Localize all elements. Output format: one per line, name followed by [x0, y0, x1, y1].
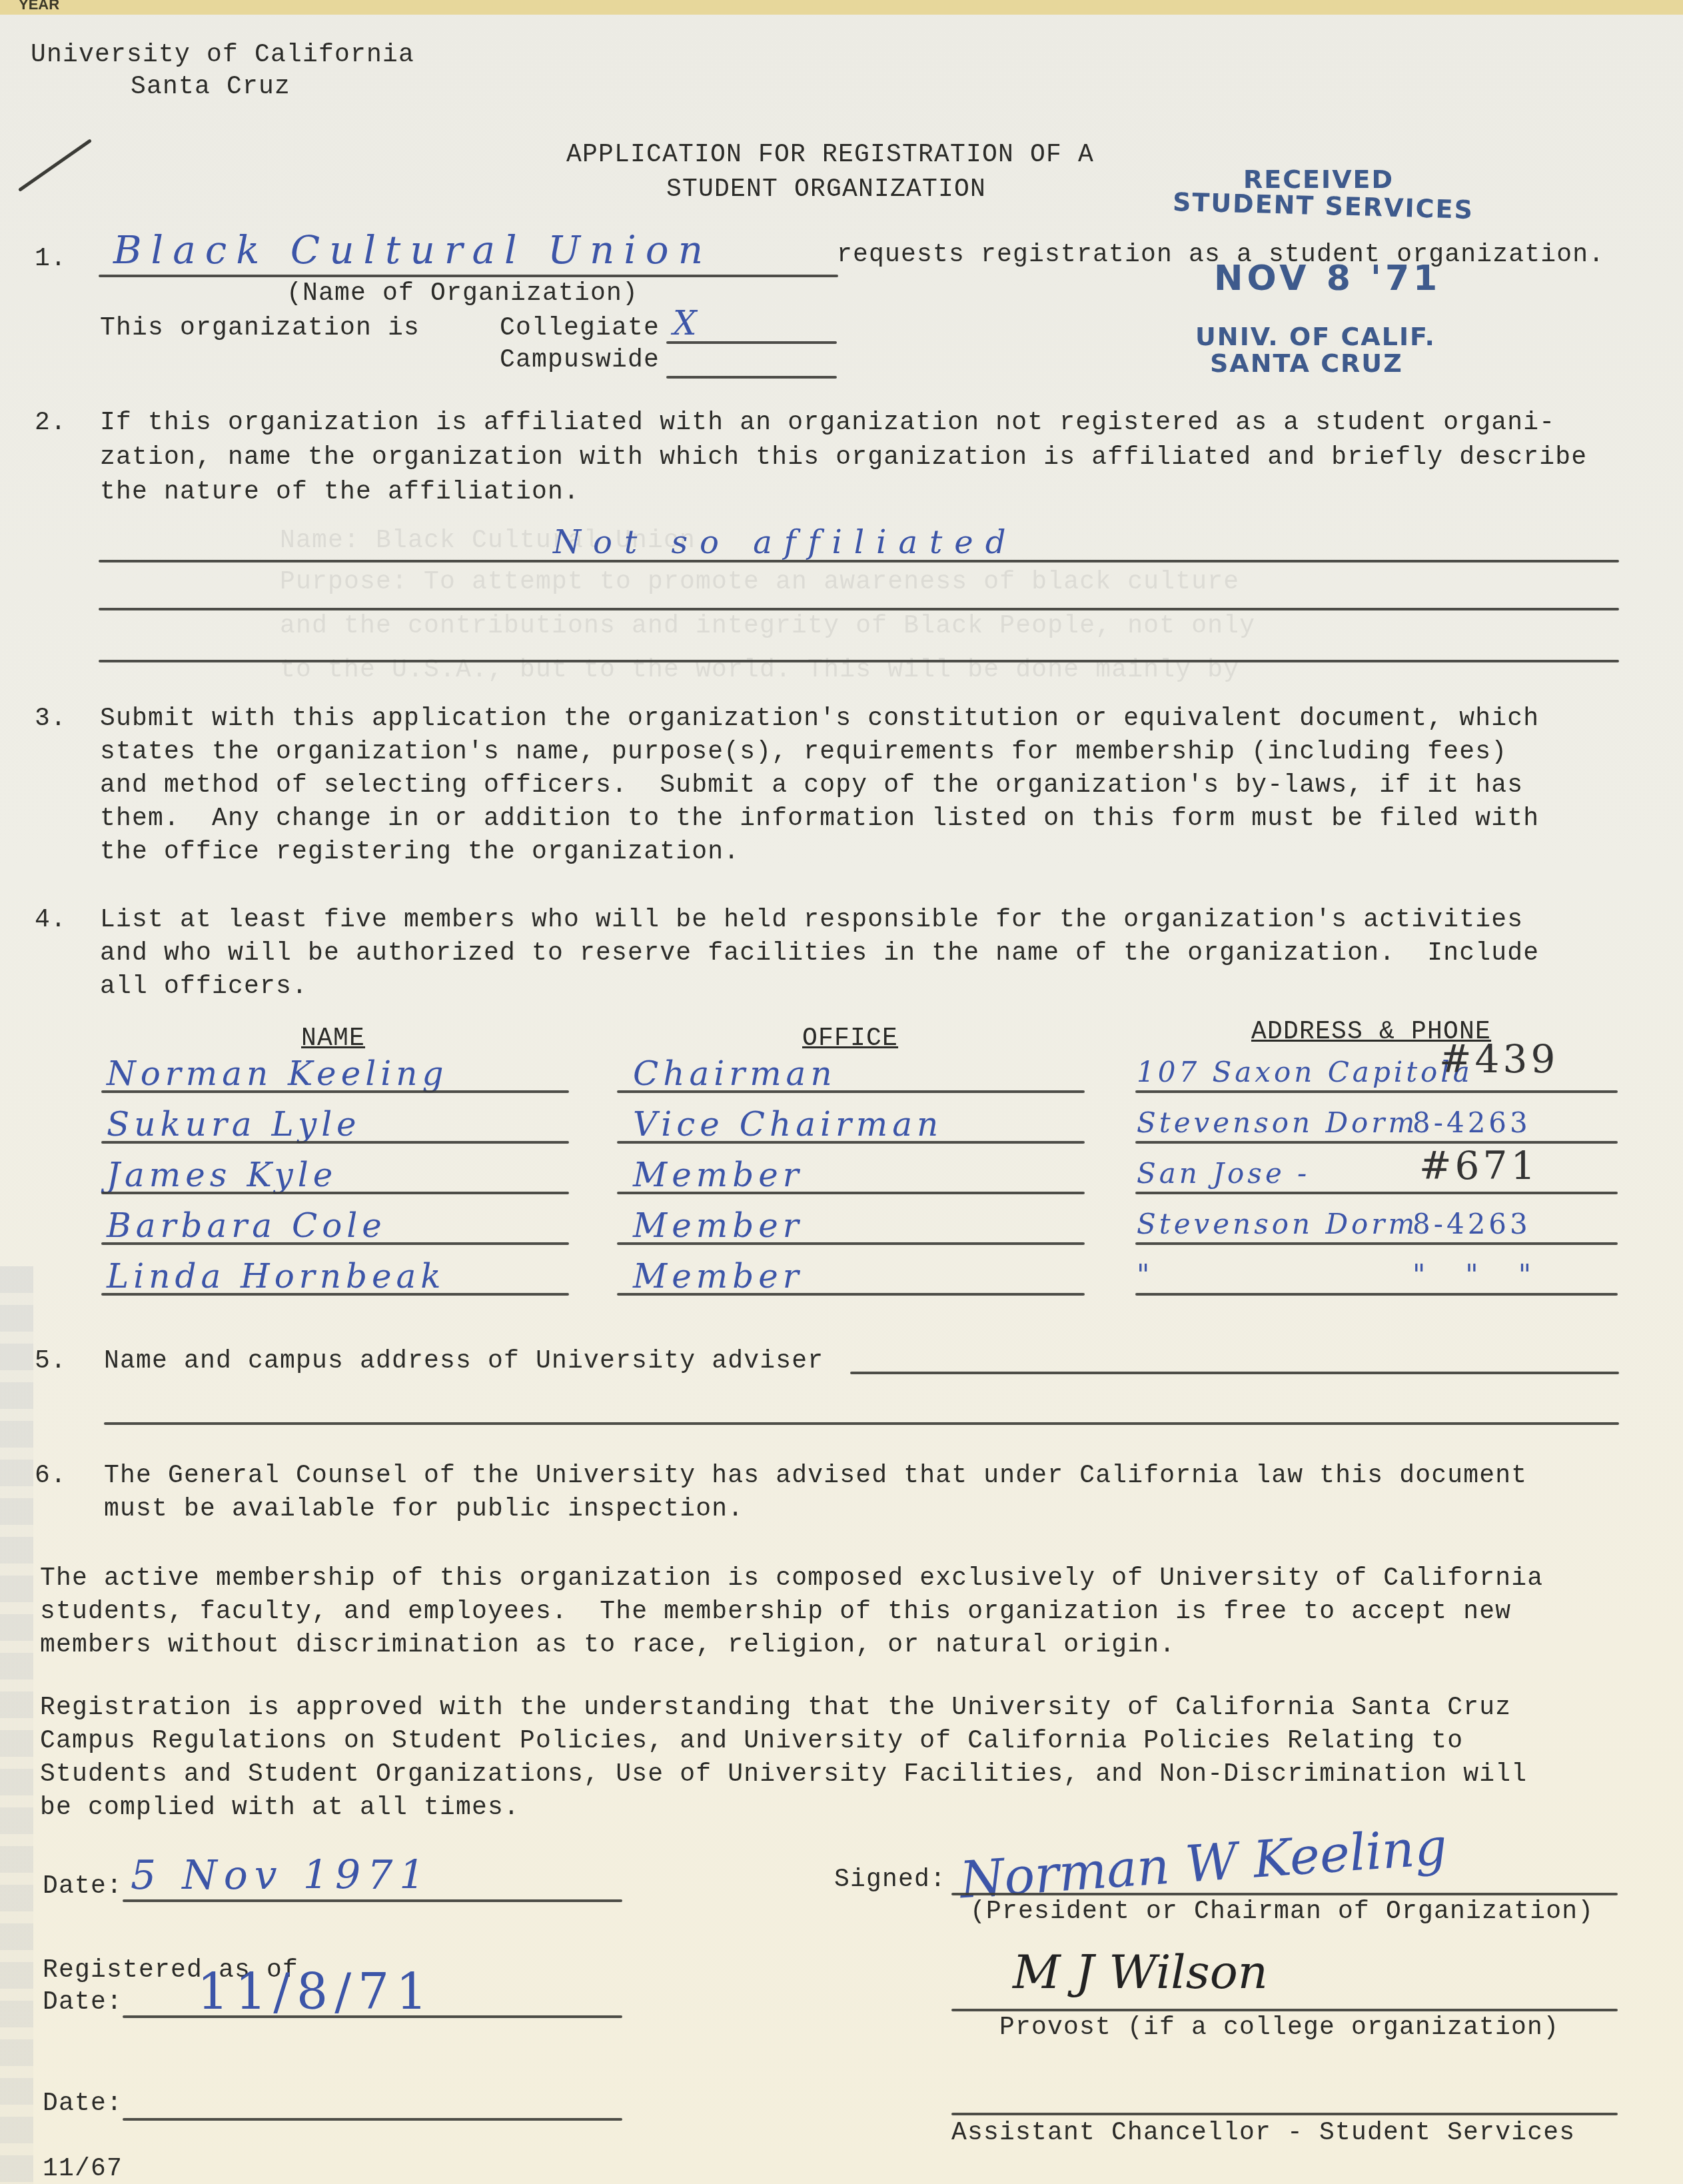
affiliation-line1 [99, 560, 1619, 562]
institution-campus: Santa Cruz [131, 75, 290, 100]
registered-date-line [123, 2015, 622, 2018]
member-phone[interactable]: #671 [1419, 1146, 1538, 1185]
org-name-value[interactable]: Black Cultural Union [113, 231, 712, 269]
adviser-line1[interactable] [850, 1372, 1619, 1374]
section2-number: 2. [35, 411, 67, 436]
approval-line: Campus Regulations on Student Policies, … [40, 1729, 1463, 1754]
member-name[interactable]: Norman Keeling [107, 1057, 448, 1090]
section3-line: and method of selecting officers. Submit… [100, 773, 1523, 798]
member-name[interactable]: Linda Hornbeak [107, 1260, 446, 1293]
section4-line: and who will be authorized to reserve fa… [100, 941, 1539, 966]
campuswide-label: Campuswide [500, 348, 660, 373]
collegiate-label: Collegiate [500, 316, 660, 341]
bleed-through-margin [0, 1266, 33, 2184]
approval-line: Students and Student Organizations, Use … [40, 1762, 1527, 1787]
signed-line [951, 1893, 1618, 1895]
membership-line: The active membership of this organizati… [40, 1566, 1543, 1592]
section2-line3: the nature of the affiliation. [100, 480, 580, 505]
section3-number: 3. [35, 706, 67, 732]
section6-line2: must be available for public inspection. [104, 1497, 744, 1522]
provost-signature[interactable]: M J Wilson [1013, 1949, 1268, 1995]
third-date-label: Date: [43, 2091, 123, 2117]
provost-caption: Provost (if a college organization) [999, 2015, 1559, 2041]
provost-line [951, 2009, 1618, 2011]
member-name[interactable]: Sukura Lyle [107, 1108, 361, 1141]
section6-number: 6. [35, 1464, 67, 1489]
received-stamp-line4: SANTA CRUZ [1210, 351, 1403, 376]
campuswide-line [666, 376, 837, 379]
org-name-caption: (Name of Organization) [286, 281, 638, 307]
member-office[interactable]: Chairman [633, 1057, 837, 1090]
member-name-line [101, 1242, 569, 1245]
folder-tab-strip: YEAR [0, 0, 1683, 15]
member-office-line [617, 1090, 1085, 1093]
received-stamp-line2: STUDENT SERVICES [1173, 189, 1474, 223]
collegiate-check-value[interactable]: X [673, 307, 701, 340]
member-office[interactable]: Vice Chairman [633, 1108, 943, 1141]
member-address-line [1135, 1090, 1618, 1093]
signed-label: Signed: [834, 1867, 946, 1893]
section2-line2: zation, name the organization with which… [100, 445, 1587, 471]
member-office[interactable]: Member [633, 1209, 804, 1242]
membership-line: members without discrimination as to rac… [40, 1633, 1175, 1658]
member-phone[interactable]: " " " [1412, 1261, 1534, 1289]
registered-label-line2: Date: [43, 1990, 123, 2015]
member-office[interactable]: Member [633, 1260, 804, 1293]
column-header-office: OFFICE [802, 1026, 898, 1052]
member-phone[interactable]: #439 [1439, 1040, 1558, 1078]
section6-line1: The General Counsel of the University ha… [104, 1464, 1527, 1489]
section3-line: states the organization's name, purpose(… [100, 740, 1507, 765]
member-address[interactable]: San Jose - [1137, 1160, 1310, 1188]
column-header-name: NAME [301, 1026, 365, 1052]
collegiate-line [666, 341, 837, 344]
form-code: 11/67 [43, 2157, 123, 2182]
adviser-label: Name and campus address of University ad… [104, 1349, 824, 1374]
member-address-line [1135, 1141, 1618, 1144]
member-address-line [1135, 1293, 1618, 1296]
form-title-line2: STUDENT ORGANIZATION [666, 177, 986, 203]
member-name-line [101, 1192, 569, 1194]
member-office-line [617, 1141, 1085, 1144]
affiliation-line2 [99, 608, 1619, 610]
section2-line1: If this organization is affiliated with … [100, 411, 1555, 436]
approval-line: Registration is approved with the unders… [40, 1695, 1511, 1721]
member-address[interactable]: Stevenson Dorm [1137, 1210, 1418, 1238]
section3-line: the office registering the organization. [100, 840, 740, 865]
member-name-line [101, 1090, 569, 1093]
member-name[interactable]: James Kyle [107, 1158, 337, 1192]
form-title-line1: APPLICATION FOR REGISTRATION OF A [566, 143, 1094, 168]
org-name-line [99, 275, 838, 277]
received-stamp-line3: UNIV. OF CALIF. [1195, 324, 1436, 349]
chancellor-caption: Assistant Chancellor - Student Services [951, 2121, 1575, 2146]
member-name-line [101, 1141, 569, 1144]
section3-line: them. Any change in or addition to the i… [100, 806, 1539, 832]
member-office-line [617, 1192, 1085, 1194]
received-stamp-line1: RECEIVED [1243, 167, 1394, 192]
section5-number: 5. [35, 1349, 67, 1374]
org-type-label: This organization is [100, 316, 420, 341]
member-name-line [101, 1293, 569, 1296]
signed-caption: (President or Chairman of Organization) [970, 1899, 1594, 1925]
date-line [123, 1899, 622, 1902]
section1-request-text: requests registration as a student organ… [837, 243, 1604, 268]
member-address[interactable]: Stevenson Dorm [1137, 1109, 1418, 1137]
section4-line: List at least five members who will be h… [100, 908, 1523, 933]
section4-line: all officers. [100, 974, 308, 1000]
member-phone[interactable]: 8-4263 [1412, 1109, 1531, 1137]
member-name[interactable]: Barbara Cole [107, 1209, 386, 1242]
member-address[interactable]: 107 Saxon Capitola [1137, 1058, 1473, 1086]
adviser-line2[interactable] [104, 1422, 1619, 1425]
affiliation-answer[interactable]: Not so affiliated [553, 527, 1017, 558]
section1-number: 1. [35, 247, 67, 272]
section4-number: 4. [35, 908, 67, 933]
approval-line: be complied with at all times. [40, 1795, 520, 1821]
member-address-line [1135, 1242, 1618, 1245]
affiliation-line3 [99, 660, 1619, 662]
chancellor-line[interactable] [951, 2113, 1618, 2115]
member-office-line [617, 1293, 1085, 1296]
third-date-line[interactable] [123, 2118, 622, 2121]
registered-date-value[interactable]: 11/8/71 [197, 1967, 434, 2017]
section3-line: Submit with this application the organiz… [100, 706, 1539, 732]
member-address-line [1135, 1192, 1618, 1194]
member-address[interactable]: " [1137, 1261, 1153, 1289]
membership-line: students, faculty, and employees. The me… [40, 1600, 1511, 1625]
member-phone[interactable]: 8-4263 [1412, 1210, 1531, 1238]
member-office-line [617, 1242, 1085, 1245]
institution-name: University of California [31, 43, 414, 68]
date-value[interactable]: 5 Nov 1971 [131, 1855, 432, 1895]
date-label: Date: [43, 1874, 123, 1899]
tab-strip-label: YEAR [19, 0, 59, 13]
member-office[interactable]: Member [633, 1158, 804, 1192]
